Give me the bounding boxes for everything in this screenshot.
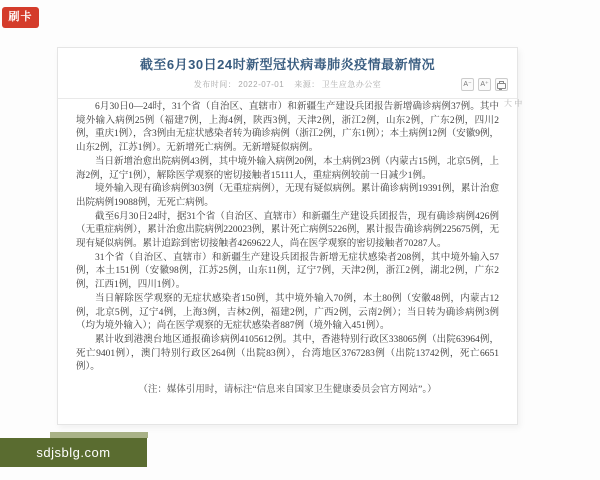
publish-time-label: 发布时间： bbox=[194, 80, 237, 89]
publish-time-value: 2022-07-01 bbox=[238, 80, 284, 89]
page-background: 刷卡 截至6月30日24时新型冠状病毒肺炎疫情最新情况 发布时间：2022-07… bbox=[0, 0, 600, 480]
media-citation-note: （注：媒体引用时，请标注“信息来自国家卫生健康委员会官方网站”。） bbox=[76, 384, 499, 398]
page-tools: A⁻ A⁺ bbox=[461, 78, 508, 91]
article-paragraph: 31个省（自治区、直辖市）和新疆生产建设兵团报告新增无症状感染者208例，其中境… bbox=[76, 252, 499, 293]
red-stamp-badge: 刷卡 bbox=[2, 7, 39, 28]
source-label: 来源： bbox=[294, 80, 320, 89]
site-watermark-badge: sdjsblg.com bbox=[0, 438, 147, 467]
article-card: 截至6月30日24时新型冠状病毒肺炎疫情最新情况 发布时间：2022-07-01… bbox=[57, 47, 518, 425]
article-paragraph: 当日新增治愈出院病例43例，其中境外输入病例20例，本土病例23例（内蒙古15例… bbox=[76, 156, 499, 183]
article-paragraph: 当日解除医学观察的无症状感染者150例，其中境外输入70例，本土80例（安徽48… bbox=[76, 293, 499, 334]
printer-icon bbox=[497, 83, 506, 89]
article-paragraph: 境外输入现有确诊病例303例（无重症病例），无现有疑似病例。累计确诊病例1939… bbox=[76, 183, 499, 210]
article-meta: 发布时间：2022-07-01来源：卫生应急办公室 bbox=[58, 79, 517, 90]
article-body: 6月30日0—24时，31个省（自治区、直辖市）和新疆生产建设兵团报告新增确诊病… bbox=[76, 101, 499, 398]
font-size-links[interactable]: 大 中 bbox=[504, 98, 522, 109]
font-increase-button[interactable]: A⁺ bbox=[478, 78, 491, 91]
source-value: 卫生应急办公室 bbox=[322, 80, 382, 89]
header-divider bbox=[58, 98, 517, 99]
article-paragraph: 6月30日0—24时，31个省（自治区、直辖市）和新疆生产建设兵团报告新增确诊病… bbox=[76, 101, 499, 156]
article-paragraph: 截至6月30日24时，据31个省（自治区、直辖市）和新疆生产建设兵团报告，现有确… bbox=[76, 211, 499, 252]
page-title: 截至6月30日24时新型冠状病毒肺炎疫情最新情况 bbox=[58, 48, 517, 73]
article-paragraph: 累计收到港澳台地区通报确诊病例4105612例。其中，香港特别行政区338065… bbox=[76, 334, 499, 375]
print-button[interactable] bbox=[495, 78, 508, 91]
font-decrease-button[interactable]: A⁻ bbox=[461, 78, 474, 91]
